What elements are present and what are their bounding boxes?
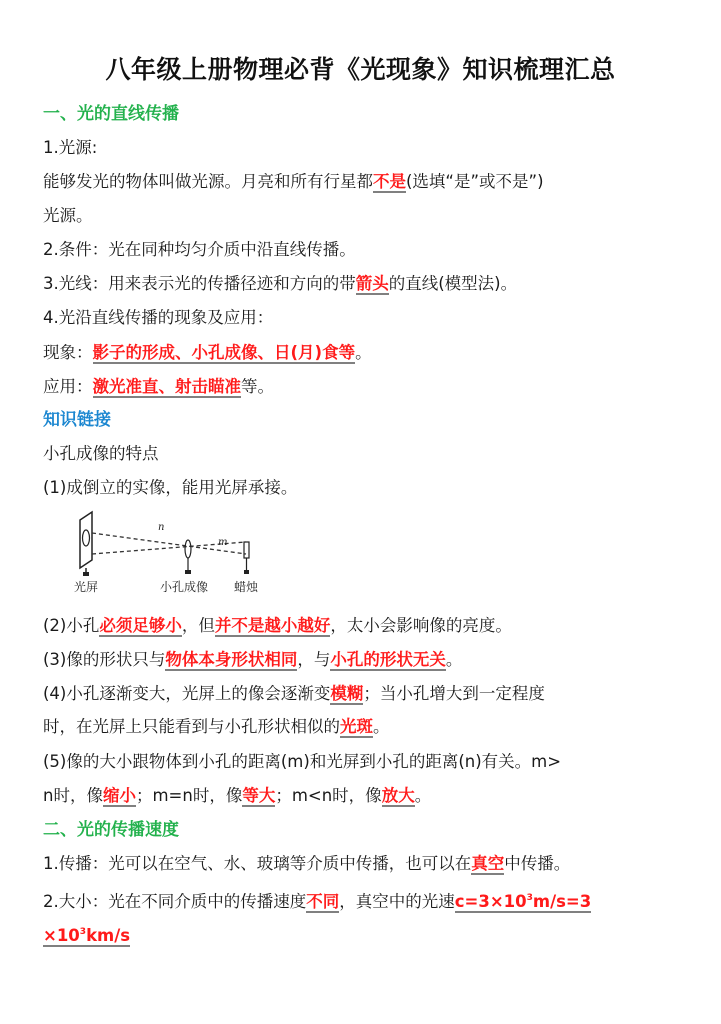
document-page: 八年级上册物理必背《光现象》知识梳理汇总 一、光的直线传播 1.光源: 能够发光… — [0, 0, 721, 1024]
pinhole-point-3: (3)像的形状只与物体本身形状相同，与小孔的形状无关。 — [43, 648, 462, 672]
distance-n-label: n — [158, 522, 164, 533]
answer-highlight: 不是 — [373, 172, 406, 193]
answer-highlight: 真空 — [471, 854, 504, 875]
static-text: 中传播。 — [504, 854, 570, 873]
speed-formula: c=3×103m/s=3 — [455, 892, 592, 913]
item-condition: 2.条件：光在同种均匀介质中沿直线传播。 — [43, 238, 356, 262]
item-phenomena-heading: 4.光沿直线传播的现象及应用： — [43, 306, 273, 330]
static-text: ；m<n时，像 — [275, 786, 381, 805]
static-text: (3)像的形状只与 — [43, 650, 165, 669]
static-text: 2.大小：光在不同介质中的传播速度 — [43, 892, 306, 911]
pinhole-diagram: n m 光屏 小孔成像 蜡烛 — [70, 508, 270, 600]
static-text: ；m=n时，像 — [136, 786, 242, 805]
answer-highlight: 并不是越小越好 — [215, 616, 331, 637]
speed-magnitude: 2.大小：光在不同介质中的传播速度不同，真空中的光速c=3×103m/s=3 — [43, 886, 591, 914]
formula-part: m/s=3 — [533, 892, 591, 911]
static-text: 。 — [415, 786, 432, 805]
pinhole-label: 小孔成像 — [160, 578, 208, 595]
static-text: ，与 — [297, 650, 330, 669]
answer-highlight: 不同 — [306, 892, 339, 913]
section-heading-2: 二、光的传播速度 — [43, 818, 179, 842]
distance-m-label: m — [218, 537, 227, 548]
static-text: 3.光线：用来表示光的传播径迹和方向的带 — [43, 274, 356, 293]
screen-label: 光屏 — [74, 578, 98, 595]
answer-highlight: 模糊 — [330, 684, 363, 705]
page-title: 八年级上册物理必背《光现象》知识梳理汇总 — [0, 50, 721, 86]
knowledge-link-heading: 知识链接 — [43, 408, 111, 432]
static-text: ；当小孔增大到一定程度 — [363, 684, 545, 703]
static-text: 的直线(模型法)。 — [389, 274, 517, 293]
static-text: ，太小会影响像的亮度。 — [330, 616, 512, 635]
static-text: 能够发光的物体叫做光源。月亮和所有行星都 — [43, 172, 373, 191]
answer-highlight: 箭头 — [356, 274, 389, 295]
static-text: n时，像 — [43, 786, 103, 805]
answer-highlight: 光斑 — [340, 717, 373, 738]
static-text: ，真空中的光速 — [339, 892, 455, 911]
pinhole-point-4-cont: 时，在光屏上只能看到与小孔形状相似的光斑。 — [43, 715, 390, 739]
answer-highlight: 小孔的形状无关 — [330, 650, 446, 671]
item-phenomenon: 现象：影子的形成、小孔成像、日(月)食等。 — [43, 341, 372, 365]
item-light-source-cont: 光源。 — [43, 204, 93, 228]
answer-highlight: 物体本身形状相同 — [165, 650, 297, 671]
static-text: 。 — [355, 343, 372, 362]
pinhole-point-4: (4)小孔逐渐变大，光屏上的像会逐渐变模糊；当小孔增大到一定程度 — [43, 682, 545, 706]
static-text: ，但 — [182, 616, 215, 635]
static-text: 时，在光屏上只能看到与小孔形状相似的 — [43, 717, 340, 736]
answer-highlight: 等大 — [242, 786, 275, 807]
item-light-source-label: 1.光源: — [43, 136, 97, 160]
static-text: (4)小孔逐渐变大，光屏上的像会逐渐变 — [43, 684, 330, 703]
answer-highlight: 激光准直、射击瞄准 — [93, 377, 242, 398]
pinhole-point-5-cont: n时，像缩小；m=n时，像等大；m<n时，像放大。 — [43, 784, 431, 808]
static-text: 。 — [373, 717, 390, 736]
section-heading-1: 一、光的直线传播 — [43, 102, 179, 126]
speed-magnitude-cont: ×103km/s — [43, 920, 130, 948]
pinhole-point-2: (2)小孔必须足够小，但并不是越小越好，太小会影响像的亮度。 — [43, 614, 512, 638]
answer-highlight: 缩小 — [103, 786, 136, 807]
speed-formula-cont: ×103km/s — [43, 926, 130, 947]
speed-propagation: 1.传播：光可以在空气、水、玻璃等介质中传播，也可以在真空中传播。 — [43, 852, 570, 876]
static-text: (2)小孔 — [43, 616, 99, 635]
item-light-source-text: 能够发光的物体叫做光源。月亮和所有行星都不是(选填“是”或不是”) — [43, 170, 544, 194]
item-application: 应用：激光准直、射击瞄准等。 — [43, 375, 274, 399]
answer-highlight: 必须足够小 — [99, 616, 182, 637]
pinhole-point-1: (1)成倒立的实像，能用光屏承接。 — [43, 476, 297, 500]
pinhole-diagram-illustration: n m — [70, 508, 270, 578]
static-text: 。 — [446, 650, 463, 669]
static-text: 等。 — [241, 377, 274, 396]
pinhole-subtitle: 小孔成像的特点 — [43, 442, 159, 466]
answer-highlight: 影子的形成、小孔成像、日(月)食等 — [93, 343, 356, 364]
answer-highlight: 放大 — [382, 786, 415, 807]
static-text: 应用： — [43, 377, 93, 396]
candle-label: 蜡烛 — [234, 578, 258, 595]
formula-part: ×10 — [43, 926, 80, 945]
static-text: 现象： — [43, 343, 93, 362]
formula-part: km/s — [86, 926, 130, 945]
static-text: (选填“是”或不是”) — [406, 172, 544, 191]
pinhole-point-5: (5)像的大小跟物体到小孔的距离(m)和光屏到小孔的距离(n)有关。m> — [43, 750, 561, 774]
formula-part: c=3×10 — [455, 892, 527, 911]
static-text: 1.传播：光可以在空气、水、玻璃等介质中传播，也可以在 — [43, 854, 471, 873]
item-light-ray: 3.光线：用来表示光的传播径迹和方向的带箭头的直线(模型法)。 — [43, 272, 517, 296]
